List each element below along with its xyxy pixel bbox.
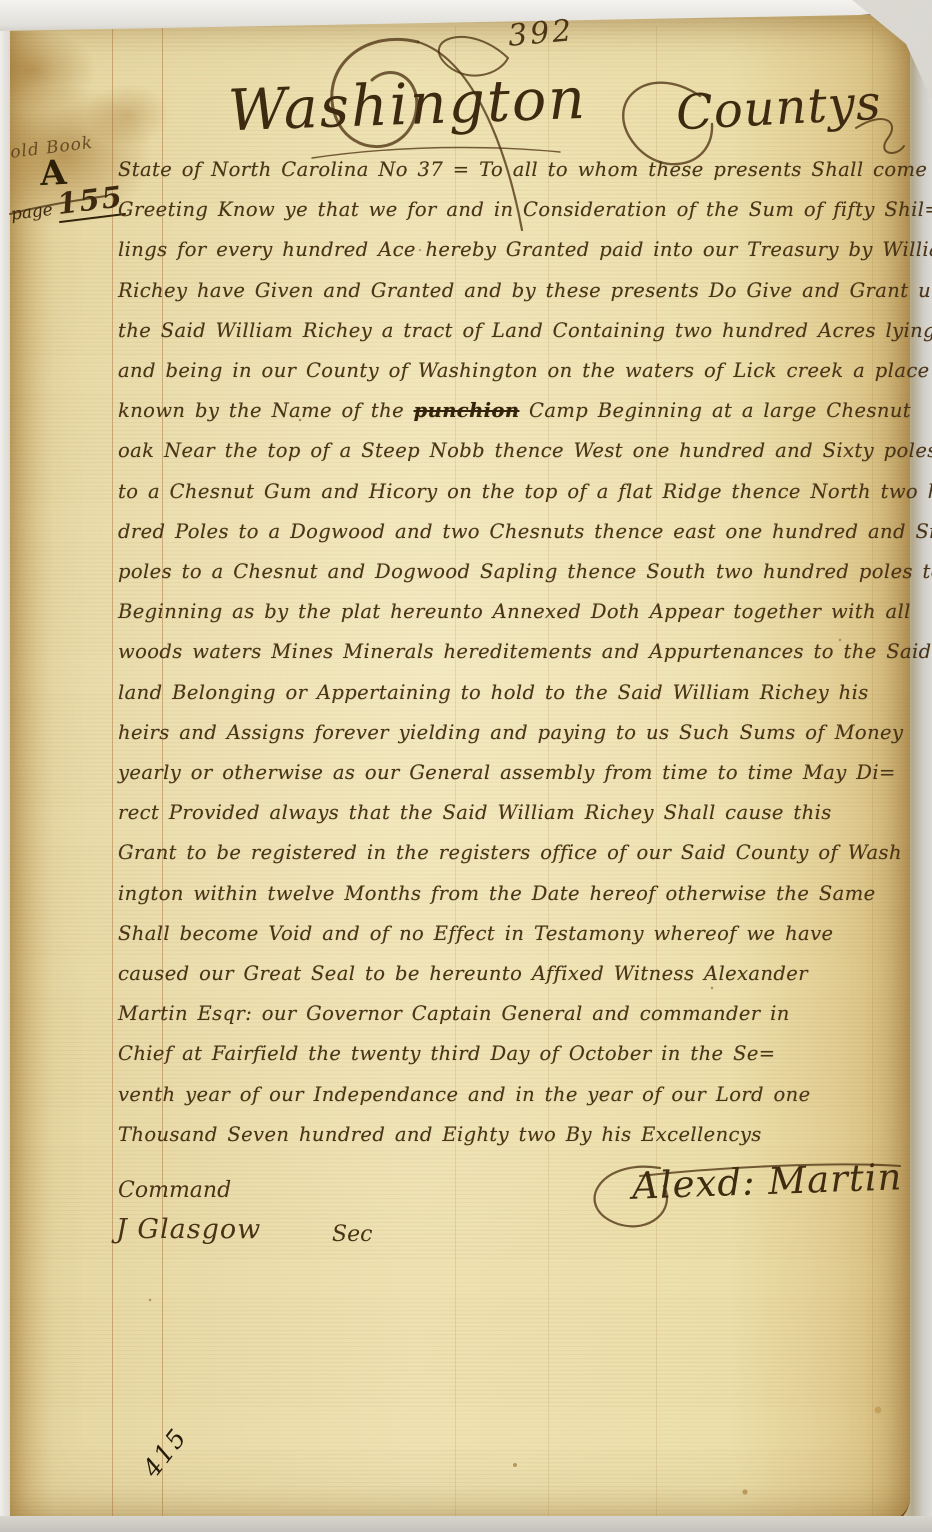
document-text-line: Richey have Given and Granted and by the… [118, 271, 908, 311]
page-reference-value: 155 [55, 179, 125, 223]
document-text-line: known by the Name of the punchion Camp B… [118, 391, 908, 431]
document-text-line: Martin Esqr: our Governor Captain Genera… [118, 994, 908, 1034]
document-text-line: caused our Great Seal to be hereunto Aff… [118, 954, 908, 994]
document-text-line: rect Provided always that the Said Willi… [118, 793, 908, 833]
secretary-title: Sec [332, 1222, 372, 1247]
secretary-signature: J Glasgow [116, 1214, 261, 1245]
page-left-edge [0, 0, 10, 1532]
document-text-line: to a Chesnut Gum and Hicory on the top o… [118, 472, 908, 512]
document-text-line: State of North Carolina No 37 = To all t… [118, 150, 908, 190]
document-text-line: heirs and Assigns forever yielding and p… [118, 713, 908, 753]
document-text-line: and being in our County of Washington on… [118, 351, 908, 391]
document-text-line: woods waters Mines Minerals hereditement… [118, 632, 908, 672]
page-bottom-edge [0, 1516, 932, 1532]
document-text-line: dred Poles to a Dogwood and two Chesnuts… [118, 512, 908, 552]
page-word: page [10, 200, 54, 225]
document-text-line: Thousand Seven hundred and Eighty two By… [118, 1115, 908, 1155]
document-text-line: Greeting Know ye that we for and in Cons… [118, 190, 908, 230]
county-title-word-1: Washington [227, 66, 588, 144]
deed-body-text: State of North Carolina No 37 = To all t… [118, 150, 908, 1155]
document-text-line: land Belonging or Appertaining to hold t… [118, 673, 908, 713]
document-text-line: Beginning as by the plat hereunto Annexe… [118, 592, 908, 632]
document-text-line: the Said William Richey a tract of Land … [118, 311, 908, 351]
document-text-line: poles to a Chesnut and Dogwood Sapling t… [118, 552, 908, 592]
margin-reference-note: old Book A page 155 [10, 136, 124, 220]
document-text-line: lings for every hundred Ace hereby Grant… [118, 230, 908, 270]
document-text-line: yearly or otherwise as our General assem… [118, 753, 908, 793]
struck-out-word: punchion [414, 399, 520, 422]
document-text-line: oak Near the top of a Steep Nobb thence … [118, 431, 908, 471]
document-text-line: Shall become Void and of no Effect in Te… [118, 914, 908, 954]
document-text-line: venth year of our Independance and in th… [118, 1075, 908, 1115]
page-number: 392 [507, 13, 576, 54]
closing-command-word: Command [118, 1178, 231, 1203]
left-margin-rule [112, 26, 113, 1518]
document-text-line: ington within twelve Months from the Dat… [118, 874, 908, 914]
scanned-record-book-page: { "page": { "number": "392", "archive_nu… [0, 0, 932, 1532]
county-title-word-2: Countys [675, 75, 883, 142]
document-text-line: Grant to be registered in the registers … [118, 833, 908, 873]
document-text-line: Chief at Fairfield the twenty third Day … [118, 1034, 908, 1074]
page-reference: page 155 [8, 179, 125, 227]
